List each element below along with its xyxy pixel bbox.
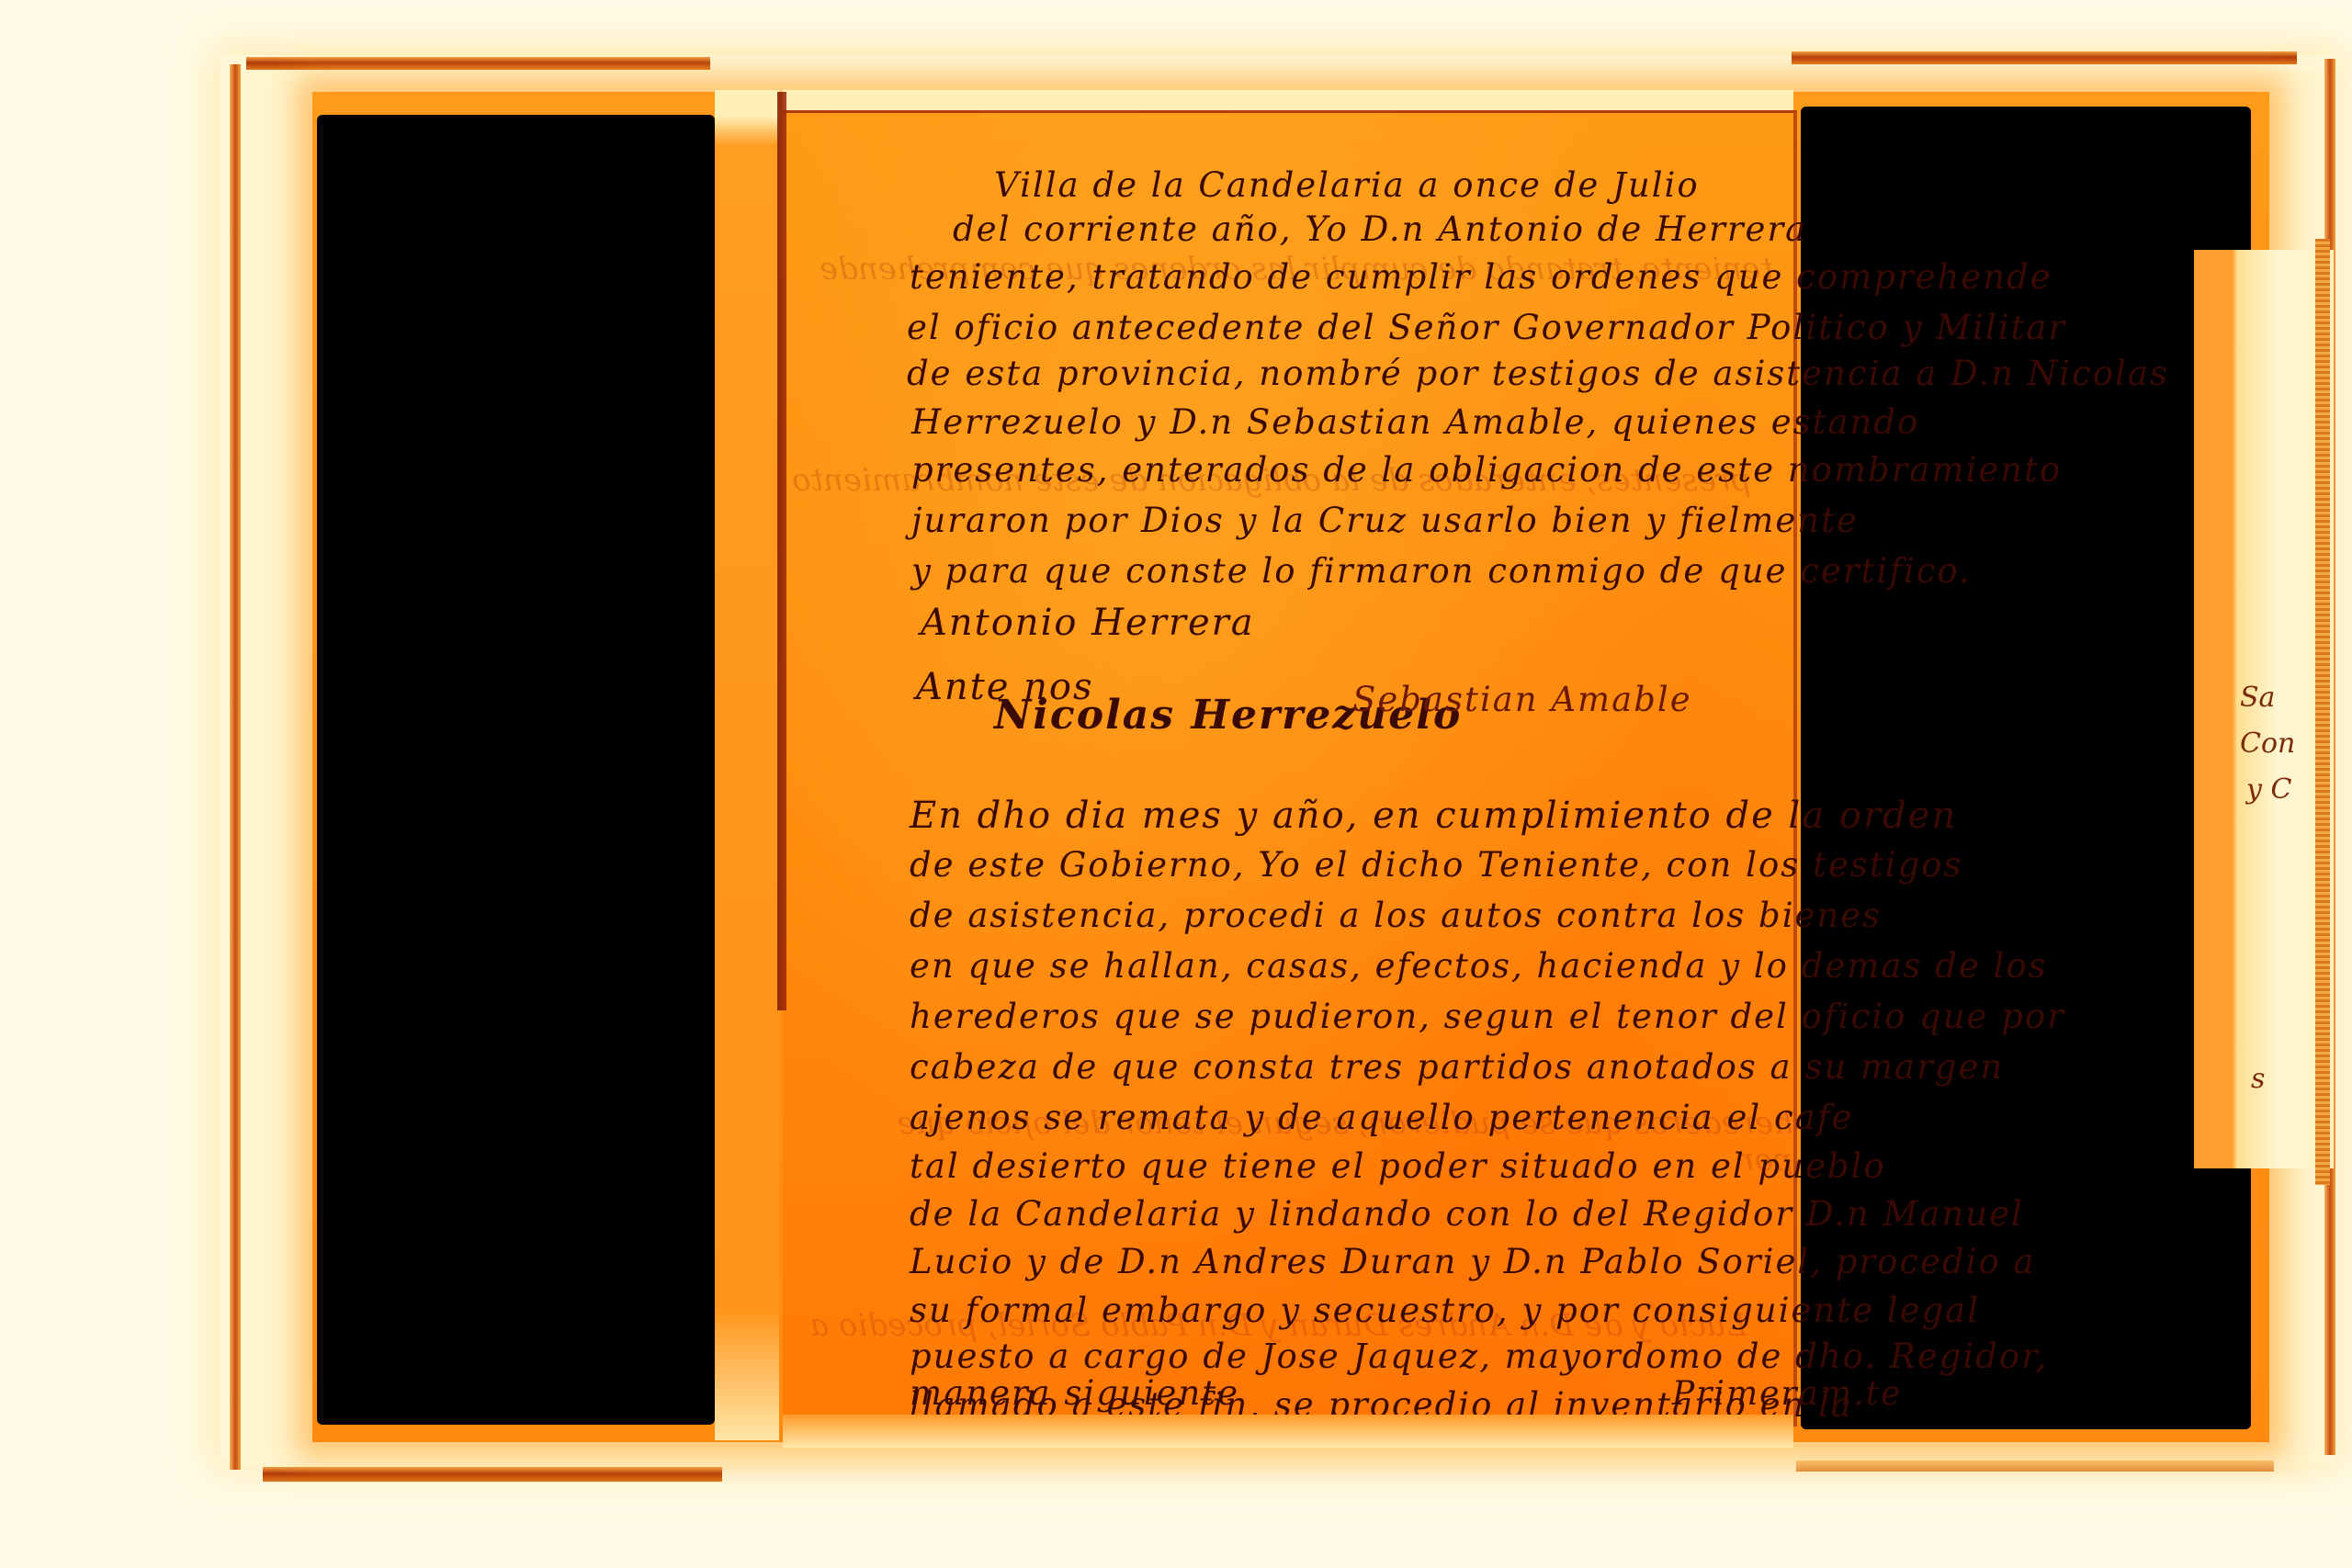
frame-edge-top-right xyxy=(1792,51,2297,64)
adjacent-page-fragment: Sa Con y C s xyxy=(2194,250,2334,1168)
text-line: en que se hallan, casas, efectos, hacien… xyxy=(910,949,2048,983)
page-torn-edge xyxy=(777,92,786,1010)
text-line: del corriente año, Yo D.n Antonio de Her… xyxy=(953,212,1807,246)
text-line: puesto a cargo de Jose Jaquez, mayordomo… xyxy=(910,1339,2048,1373)
text-line: y para que conste lo firmaron conmigo de… xyxy=(911,554,1972,588)
manuscript-page: teniente, tratando de cumplir las ordene… xyxy=(783,110,1797,1427)
text-line: juraron por Dios y la Cruz usarlo bien y… xyxy=(911,503,1859,537)
fragment-edge xyxy=(2315,239,2330,1185)
frame-edge-top-left xyxy=(246,57,710,70)
text-line: herederos que se pudieron, segun el teno… xyxy=(910,999,2065,1033)
fragment-text: Sa xyxy=(2240,682,2275,714)
signature-witness-2: Sebastian Amable xyxy=(1352,682,1692,716)
text-line: cabeza de que consta tres partidos anota… xyxy=(910,1050,2004,1084)
text-line: de esta provincia, nombré por testigos d… xyxy=(907,356,2169,390)
text-line: su formal embargo y secuestro, y por con… xyxy=(910,1293,1980,1327)
text-line: Lucio y de D.n Andres Duran y D.n Pablo … xyxy=(910,1245,2036,1279)
text-line: Herrezuelo y D.n Sebastian Amable, quien… xyxy=(911,405,1919,439)
text-line-last: manera siguiente xyxy=(910,1376,1239,1410)
text-line: tal desierto que tiene el poder situado … xyxy=(910,1149,1886,1183)
text-line: el oficio antecedente del Señor Governad… xyxy=(907,310,2066,344)
text-line: de asistencia, procedi a los autos contr… xyxy=(910,898,1882,932)
text-line: presentes, enterados de la obligacion de… xyxy=(911,453,2062,487)
black-mask-left xyxy=(317,115,715,1425)
page-top-margin xyxy=(783,90,1793,112)
paper-strip-left xyxy=(715,90,779,1440)
fragment-text: Con xyxy=(2240,728,2295,760)
text-line: de este Gobierno, Yo el dicho Teniente, … xyxy=(910,848,1962,882)
text-line: de la Candelaria y lindando con lo del R… xyxy=(910,1197,2024,1231)
text-line: Villa de la Candelaria a once de Julio xyxy=(994,168,1700,202)
text-line: En dho dia mes y año, en cumplimiento de… xyxy=(910,797,1957,834)
frame-edge-bottom-left xyxy=(263,1467,722,1482)
signature-herrera: Antonio Herrera xyxy=(921,604,1255,641)
text-line: ajenos se remata y de aquello pertenenci… xyxy=(910,1100,1853,1134)
frame-edge-left xyxy=(230,64,241,1470)
fragment-text: y C xyxy=(2246,773,2291,806)
catchword: Primeram.te xyxy=(1672,1378,1902,1411)
page-bottom-edge xyxy=(783,1415,1793,1448)
fragment-text: s xyxy=(2251,1063,2265,1095)
text-line: teniente, tratando de cumplir las ordene… xyxy=(910,260,2052,294)
frame-edge-bottom-right xyxy=(1796,1461,2274,1472)
